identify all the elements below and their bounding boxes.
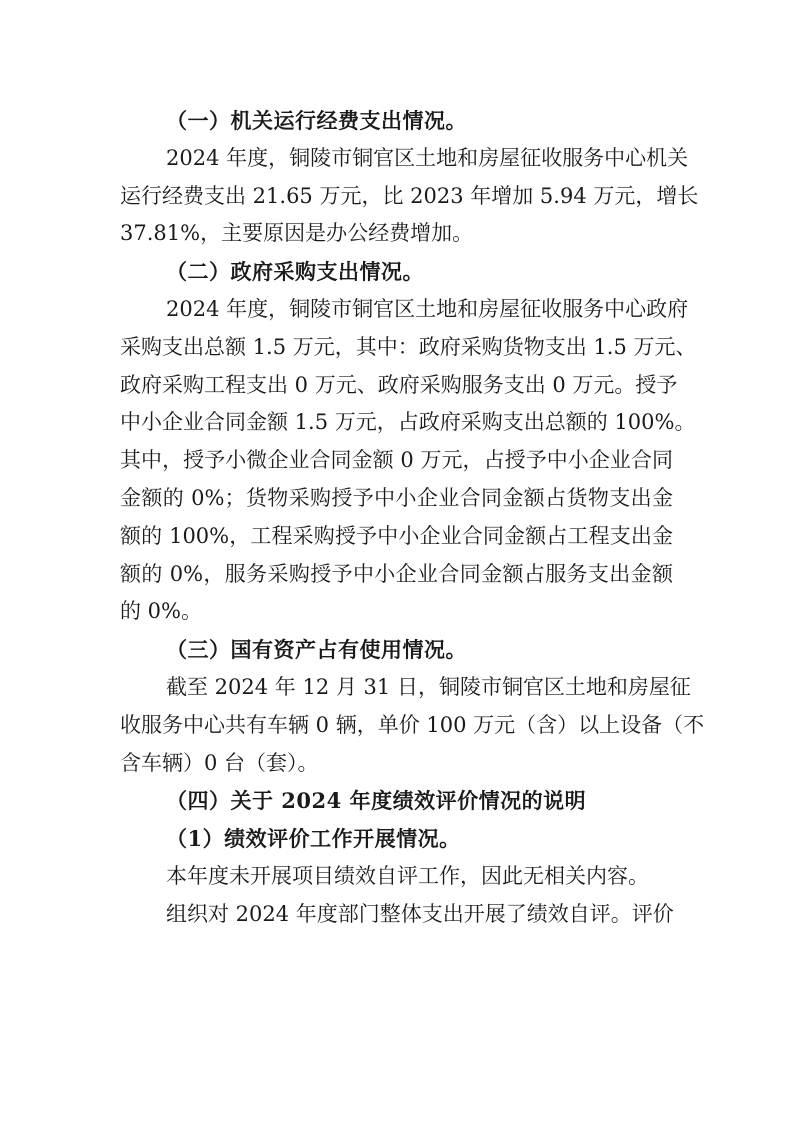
paragraph-line: 截至 2024 年 12 月 31 日，铜陵市铜官区土地和房屋征 xyxy=(120,669,673,707)
paragraph-line: 运行经费支出 21.65 万元，比 2023 年增加 5.94 万元，增长 xyxy=(120,178,673,216)
paragraph-line: 额的 0%，服务采购授予中小企业合同金额占服务支出金额 xyxy=(120,556,673,594)
section-heading-state-assets: （三）国有资产占有使用情况。 xyxy=(120,631,673,669)
document-page: （一）机关运行经费支出情况。 2024 年度，铜陵市铜官区土地和房屋征收服务中心… xyxy=(120,102,673,934)
section-heading-operating-expenses: （一）机关运行经费支出情况。 xyxy=(120,102,673,140)
paragraph-line: 中小企业合同金额 1.5 万元，占政府采购支出总额的 100%。 xyxy=(120,404,673,442)
paragraph-line: 金额的 0%；货物采购授予中小企业合同金额占货物支出金 xyxy=(120,480,673,518)
paragraph-line: 含车辆）0 台（套）。 xyxy=(120,745,673,783)
section-heading-government-procurement: （二）政府采购支出情况。 xyxy=(120,253,673,291)
paragraph-line: 收服务中心共有车辆 0 辆，单价 100 万元（含）以上设备（不 xyxy=(120,707,673,745)
subsection-heading-evaluation-work: （1）绩效评价工作开展情况。 xyxy=(120,820,673,858)
paragraph-line: 的 0%。 xyxy=(120,593,673,631)
paragraph-line: 2024 年度，铜陵市铜官区土地和房屋征收服务中心政府 xyxy=(120,291,673,329)
paragraph-line: 其中，授予小微企业合同金额 0 万元，占授予中小企业合同 xyxy=(120,442,673,480)
section-heading-performance-evaluation: （四）关于 2024 年度绩效评价情况的说明 xyxy=(120,782,673,820)
paragraph-line: 37.81%，主要原因是办公经费增加。 xyxy=(120,215,673,253)
paragraph-line: 政府采购工程支出 0 万元、政府采购服务支出 0 万元。授予 xyxy=(120,367,673,405)
paragraph-line: 本年度未开展项目绩效自评工作，因此无相关内容。 xyxy=(120,858,673,896)
paragraph-line: 采购支出总额 1.5 万元，其中：政府采购货物支出 1.5 万元、 xyxy=(120,329,673,367)
paragraph-line: 组织对 2024 年度部门整体支出开展了绩效自评。评价 xyxy=(120,896,673,934)
paragraph-line: 额的 100%，工程采购授予中小企业合同金额占工程支出金 xyxy=(120,518,673,556)
paragraph-line: 2024 年度，铜陵市铜官区土地和房屋征收服务中心机关 xyxy=(120,140,673,178)
